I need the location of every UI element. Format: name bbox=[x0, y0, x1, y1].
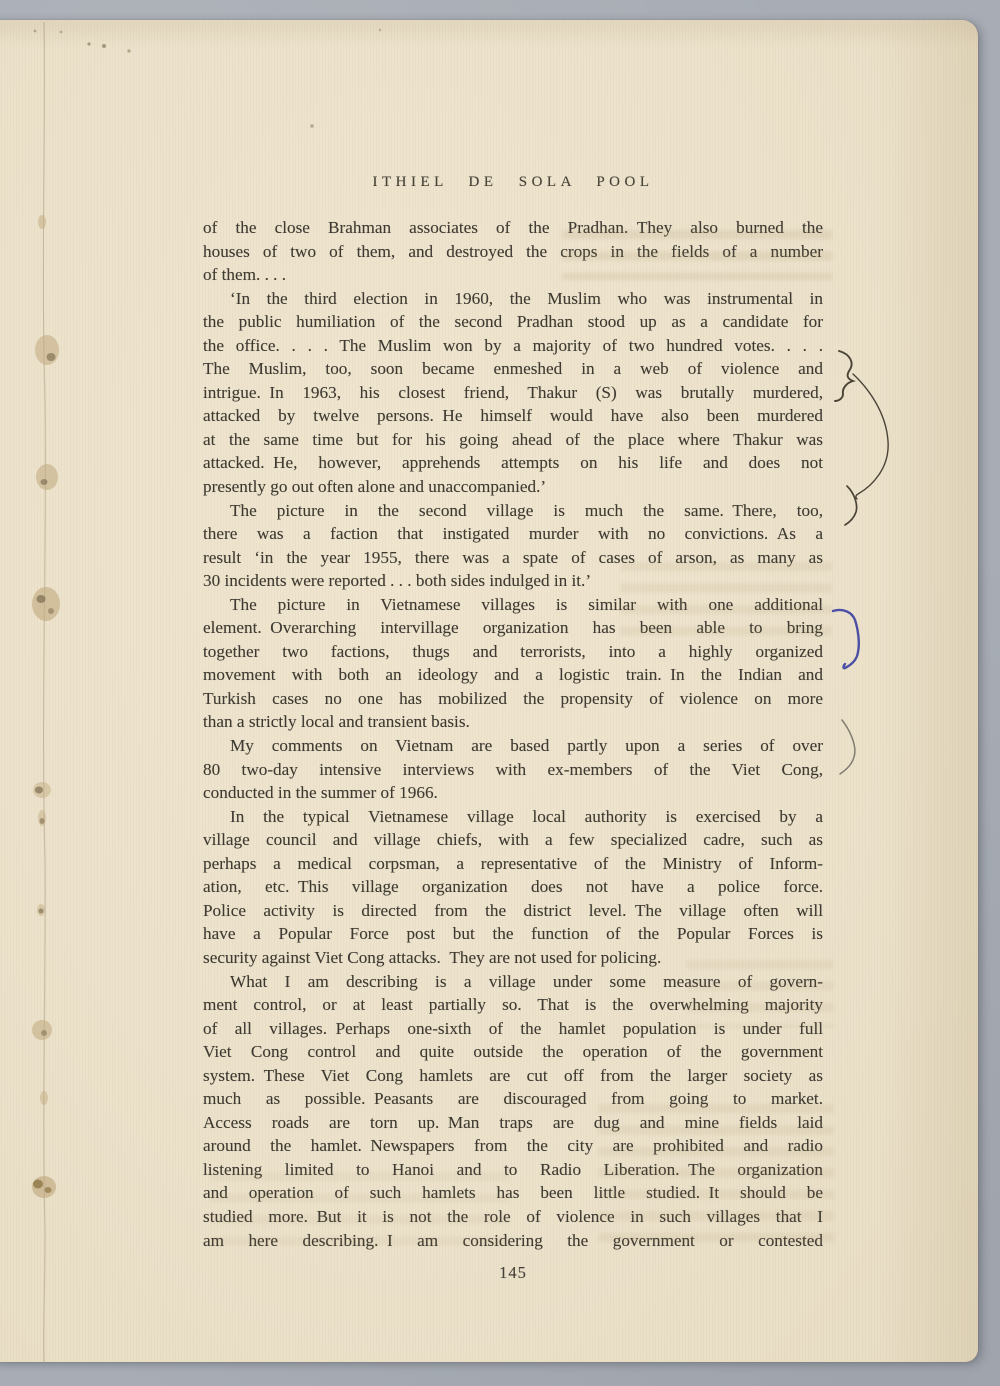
text-line: at the same time but for his going ahead… bbox=[203, 428, 823, 452]
text-line: security against Viet Cong attacks. They… bbox=[203, 946, 823, 970]
text-line: together two factions, thugs and terrori… bbox=[203, 640, 823, 664]
paragraph: The picture in Vietnamese villages is si… bbox=[203, 593, 823, 734]
text-line: there was a faction that instigated murd… bbox=[203, 522, 823, 546]
text-line: much as possible. Peasants are discourag… bbox=[203, 1087, 823, 1111]
text-line: the office. . . . The Muslim won by a ma… bbox=[203, 334, 823, 358]
paragraph: My comments on Vietnam are based partly … bbox=[203, 734, 823, 805]
text-line: result ‘in the year 1955, there was a sp… bbox=[203, 546, 823, 570]
text-line: presently go out often alone and unaccom… bbox=[203, 475, 823, 499]
text-line: The picture in Vietnamese villages is si… bbox=[203, 593, 823, 617]
paragraph: What I am describing is a village under … bbox=[203, 970, 823, 1253]
book-page: ITHIEL DE SOLA POOL of the close Brahman… bbox=[0, 20, 978, 1362]
text-line: studied more. But it is not the role of … bbox=[203, 1205, 823, 1229]
text-line: 80 two-day intensive interviews with ex-… bbox=[203, 758, 823, 782]
running-header: ITHIEL DE SOLA POOL bbox=[203, 172, 823, 192]
text-line: conducted in the summer of 1966. bbox=[203, 781, 823, 805]
text-line: element. Overarching intervillage organi… bbox=[203, 616, 823, 640]
text-line: ‘In the third election in 1960, the Musl… bbox=[203, 287, 823, 311]
text-line: What I am describing is a village under … bbox=[203, 970, 823, 994]
text-line: The picture in the second village is muc… bbox=[203, 499, 823, 523]
body-text: of the close Brahman associates of the P… bbox=[203, 216, 823, 1252]
text-line: Turkish cases no one has mobilized the p… bbox=[203, 687, 823, 711]
text-line: than a strictly local and transient basi… bbox=[203, 710, 823, 734]
text-line: am here describing. I am considering the… bbox=[203, 1229, 823, 1253]
text-line: 30 incidents were reported . . . both si… bbox=[203, 569, 823, 593]
text-line: ation, etc. This village organization do… bbox=[203, 875, 823, 899]
page-number: 145 bbox=[203, 1263, 823, 1283]
paragraph: In the typical Vietnamese village local … bbox=[203, 805, 823, 970]
text-line: ment control, or at least partially so. … bbox=[203, 993, 823, 1017]
text-line: of them. . . . bbox=[203, 263, 823, 287]
text-line: In the typical Vietnamese village local … bbox=[203, 805, 823, 829]
text-line: houses of two of them, and destroyed the… bbox=[203, 240, 823, 264]
text-line: My comments on Vietnam are based partly … bbox=[203, 734, 823, 758]
text-line: around the hamlet. Newspapers from the c… bbox=[203, 1134, 823, 1158]
text-line: and operation of such hamlets has been l… bbox=[203, 1181, 823, 1205]
paragraph: The picture in the second village is muc… bbox=[203, 499, 823, 593]
text-line: the public humiliation of the second Pra… bbox=[203, 310, 823, 334]
text-line: Access roads are torn up. Man traps are … bbox=[203, 1111, 823, 1135]
text-line: The Muslim, too, soon became enmeshed in… bbox=[203, 357, 823, 381]
text-line: village council and village chiefs, with… bbox=[203, 828, 823, 852]
text-line: movement with both an ideology and a log… bbox=[203, 663, 823, 687]
text-line: of all villages. Perhaps one-sixth of th… bbox=[203, 1017, 823, 1041]
text-line: listening limited to Hanoi and to Radio … bbox=[203, 1158, 823, 1182]
text-line: have a Popular Force post but the functi… bbox=[203, 922, 823, 946]
text-line: of the close Brahman associates of the P… bbox=[203, 216, 823, 240]
text-line: intrigue. In 1963, his closest friend, T… bbox=[203, 381, 823, 405]
text-line: perhaps a medical corpsman, a representa… bbox=[203, 852, 823, 876]
text-line: attacked. He, however, apprehends attemp… bbox=[203, 451, 823, 475]
text-line: system. These Viet Cong hamlets are cut … bbox=[203, 1064, 823, 1088]
paragraph: of the close Brahman associates of the P… bbox=[203, 216, 823, 287]
paragraph: ‘In the third election in 1960, the Musl… bbox=[203, 287, 823, 499]
text-line: Police activity is directed from the dis… bbox=[203, 899, 823, 923]
text-line: Viet Cong control and quite outside the … bbox=[203, 1040, 823, 1064]
text-line: attacked by twelve persons. He himself w… bbox=[203, 404, 823, 428]
scan-backdrop: ITHIEL DE SOLA POOL of the close Brahman… bbox=[0, 0, 1000, 1386]
